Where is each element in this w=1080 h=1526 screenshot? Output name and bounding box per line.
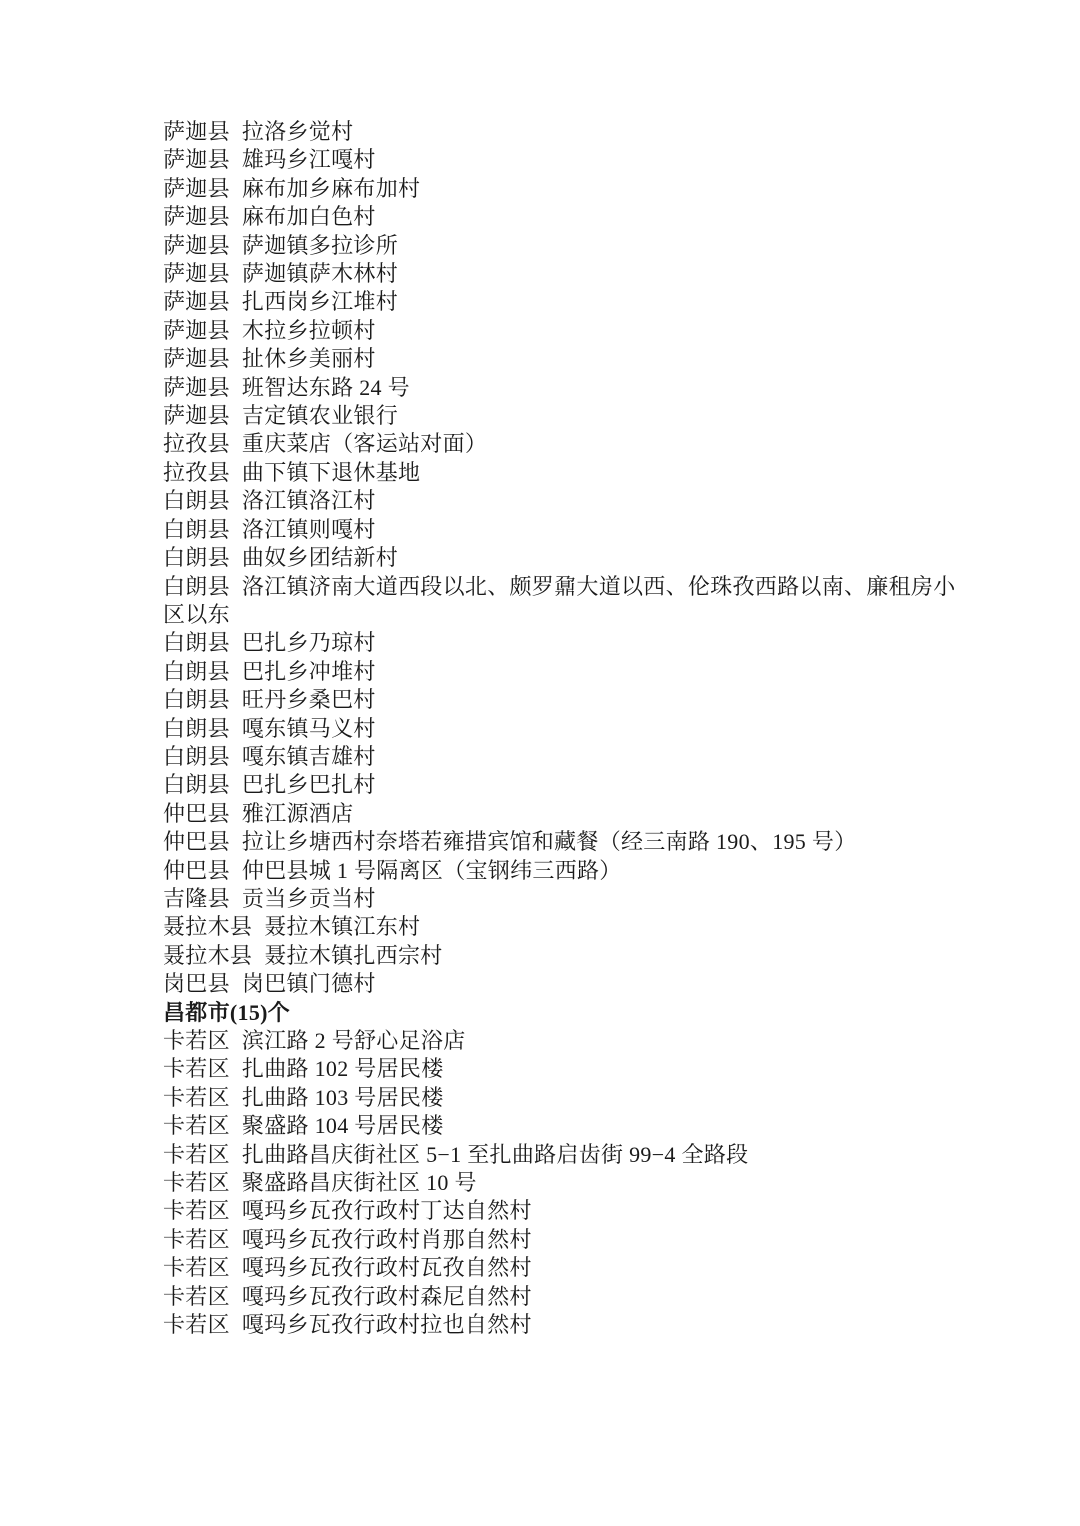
location-text: 扎曲路昌庆街社区 5−1 至扎曲路启齿街 99−4 全路段 (242, 1142, 749, 1167)
location-text: 麻布加乡麻布加村 (242, 176, 420, 201)
list-item: 岗巴县岗巴镇门德村 (163, 970, 975, 998)
list-item: 萨迦县麻布加白色村 (163, 203, 975, 231)
list-item: 白朗县曲奴乡团结新村 (163, 544, 975, 572)
location-text: 洛江镇济南大道西段以北、颇罗鼐大道以西、伦珠孜西路以南、廉租房小区以东 (163, 574, 956, 627)
list-item: 仲巴县拉让乡塘西村奈塔若雍措宾馆和藏餐（经三南路 190、195 号） (163, 828, 975, 856)
location-text: 拉洛乡觉村 (242, 119, 354, 144)
list-item: 卡若区扎曲路 102 号居民楼 (163, 1055, 975, 1083)
region-label: 萨迦县 (163, 289, 230, 314)
region-label: 卡若区 (163, 1056, 230, 1081)
region-label: 卡若区 (163, 1085, 230, 1110)
region-label: 白朗县 (163, 574, 230, 599)
region-label: 聂拉木县 (163, 943, 252, 968)
region-label: 仲巴县 (163, 829, 230, 854)
location-text: 嘎玛乡瓦孜行政村拉也自然村 (242, 1312, 532, 1337)
region-label: 白朗县 (163, 545, 230, 570)
location-text: 嘎玛乡瓦孜行政村森尼自然村 (242, 1284, 532, 1309)
region-label: 岗巴县 (163, 971, 230, 996)
location-text: 仲巴县城 1 号隔离区（宝钢纬三西路） (242, 858, 622, 883)
region-label: 白朗县 (163, 687, 230, 712)
region-label: 白朗县 (163, 716, 230, 741)
region-label: 萨迦县 (163, 176, 230, 201)
region-label: 白朗县 (163, 772, 230, 797)
list-item: 卡若区聚盛路 104 号居民楼 (163, 1112, 975, 1140)
list-item: 萨迦县萨迦镇萨木林村 (163, 260, 975, 288)
list-item: 萨迦县木拉乡拉顿村 (163, 317, 975, 345)
location-text: 扎曲路 102 号居民楼 (242, 1056, 444, 1081)
location-text: 嘎玛乡瓦孜行政村肖那自然村 (242, 1227, 532, 1252)
list-item: 吉隆县贡当乡贡当村 (163, 885, 975, 913)
document-page: 萨迦县拉洛乡觉村萨迦县雄玛乡江嘎村萨迦县麻布加乡麻布加村萨迦县麻布加白色村萨迦县… (0, 0, 1080, 1526)
list-item: 萨迦县萨迦镇多拉诊所 (163, 232, 975, 260)
region-label: 聂拉木县 (163, 914, 252, 939)
region-label: 卡若区 (163, 1284, 230, 1309)
region-label: 拉孜县 (163, 431, 230, 456)
list-item: 仲巴县雅江源酒店 (163, 800, 975, 828)
location-text: 雅江源酒店 (242, 801, 354, 826)
region-label: 卡若区 (163, 1142, 230, 1167)
list-item: 萨迦县雄玛乡江嘎村 (163, 146, 975, 174)
region-label: 白朗县 (163, 517, 230, 542)
list-item: 白朗县旺丹乡桑巴村 (163, 686, 975, 714)
region-label: 卡若区 (163, 1198, 230, 1223)
list-item: 白朗县洛江镇洛江村 (163, 487, 975, 515)
list-item: 卡若区嘎玛乡瓦孜行政村拉也自然村 (163, 1311, 975, 1339)
region-label: 白朗县 (163, 659, 230, 684)
list-item: 白朗县洛江镇则嘎村 (163, 516, 975, 544)
location-text: 聚盛路 104 号居民楼 (242, 1113, 444, 1138)
location-text: 扯休乡美丽村 (242, 346, 376, 371)
region-label: 萨迦县 (163, 119, 230, 144)
region-label: 卡若区 (163, 1227, 230, 1252)
list-item: 萨迦县扎西岗乡江堆村 (163, 288, 975, 316)
location-text: 拉让乡塘西村奈塔若雍措宾馆和藏餐（经三南路 190、195 号） (242, 829, 857, 854)
region-label: 萨迦县 (163, 147, 230, 172)
region-label: 卡若区 (163, 1028, 230, 1053)
region-label: 拉孜县 (163, 460, 230, 485)
list-item: 萨迦县班智达东路 24 号 (163, 374, 975, 402)
location-text: 扎西岗乡江堆村 (242, 289, 398, 314)
list-item: 卡若区滨江路 2 号舒心足浴店 (163, 1027, 975, 1055)
location-text: 滨江路 2 号舒心足浴店 (242, 1028, 466, 1053)
location-text: 萨迦镇多拉诊所 (242, 233, 398, 258)
list-item: 白朗县洛江镇济南大道西段以北、颇罗鼐大道以西、伦珠孜西路以南、廉租房小区以东 (163, 573, 975, 630)
list-item: 白朗县嘎东镇马义村 (163, 715, 975, 743)
list-item: 卡若区嘎玛乡瓦孜行政村瓦孜自然村 (163, 1254, 975, 1282)
region-label: 仲巴县 (163, 801, 230, 826)
region-label: 白朗县 (163, 488, 230, 513)
list-item: 白朗县巴扎乡巴扎村 (163, 771, 975, 799)
region-label: 萨迦县 (163, 375, 230, 400)
list-item: 卡若区嘎玛乡瓦孜行政村森尼自然村 (163, 1283, 975, 1311)
location-text: 聚盛路昌庆街社区 10 号 (242, 1170, 477, 1195)
region-label: 萨迦县 (163, 346, 230, 371)
location-text: 萨迦镇萨木林村 (242, 261, 398, 286)
region-label: 萨迦县 (163, 204, 230, 229)
location-text: 贡当乡贡当村 (242, 886, 376, 911)
list-item: 仲巴县仲巴县城 1 号隔离区（宝钢纬三西路） (163, 857, 975, 885)
list-item: 卡若区聚盛路昌庆街社区 10 号 (163, 1169, 975, 1197)
list-item: 聂拉木县聂拉木镇江东村 (163, 913, 975, 941)
region-label: 白朗县 (163, 630, 230, 655)
location-text: 扎曲路 103 号居民楼 (242, 1085, 444, 1110)
location-text: 曲下镇下退休基地 (242, 460, 420, 485)
list-item: 白朗县巴扎乡冲堆村 (163, 658, 975, 686)
location-text: 巴扎乡巴扎村 (242, 772, 376, 797)
location-text: 岗巴镇门德村 (242, 971, 376, 996)
location-text: 洛江镇则嘎村 (242, 517, 376, 542)
location-list: 萨迦县拉洛乡觉村萨迦县雄玛乡江嘎村萨迦县麻布加乡麻布加村萨迦县麻布加白色村萨迦县… (163, 118, 975, 1339)
list-item: 卡若区扎曲路 103 号居民楼 (163, 1084, 975, 1112)
region-label: 吉隆县 (163, 886, 230, 911)
region-label: 萨迦县 (163, 318, 230, 343)
region-label: 卡若区 (163, 1170, 230, 1195)
location-text: 巴扎乡乃琼村 (242, 630, 376, 655)
region-label: 卡若区 (163, 1113, 230, 1138)
location-text: 聂拉木镇江东村 (264, 914, 420, 939)
location-text: 嘎东镇马义村 (242, 716, 376, 741)
location-text: 重庆菜店（客运站对面） (242, 431, 487, 456)
list-item: 卡若区扎曲路昌庆街社区 5−1 至扎曲路启齿街 99−4 全路段 (163, 1141, 975, 1169)
location-text: 巴扎乡冲堆村 (242, 659, 376, 684)
location-text: 嘎玛乡瓦孜行政村瓦孜自然村 (242, 1255, 532, 1280)
region-label: 卡若区 (163, 1255, 230, 1280)
list-item: 拉孜县重庆菜店（客运站对面） (163, 430, 975, 458)
list-item: 拉孜县曲下镇下退休基地 (163, 459, 975, 487)
location-text: 嘎东镇吉雄村 (242, 744, 376, 769)
list-item: 白朗县巴扎乡乃琼村 (163, 629, 975, 657)
location-text: 麻布加白色村 (242, 204, 376, 229)
list-item: 萨迦县拉洛乡觉村 (163, 118, 975, 146)
region-label: 卡若区 (163, 1312, 230, 1337)
list-item: 白朗县嘎东镇吉雄村 (163, 743, 975, 771)
location-text: 嘎玛乡瓦孜行政村丁达自然村 (242, 1198, 532, 1223)
list-item: 聂拉木县聂拉木镇扎西宗村 (163, 942, 975, 970)
list-item: 萨迦县扯休乡美丽村 (163, 345, 975, 373)
region-label: 萨迦县 (163, 233, 230, 258)
region-label: 白朗县 (163, 744, 230, 769)
location-text: 聂拉木镇扎西宗村 (264, 943, 442, 968)
location-text: 吉定镇农业银行 (242, 403, 398, 428)
location-text: 旺丹乡桑巴村 (242, 687, 376, 712)
list-item: 卡若区嘎玛乡瓦孜行政村肖那自然村 (163, 1226, 975, 1254)
location-text: 曲奴乡团结新村 (242, 545, 398, 570)
location-text: 木拉乡拉顿村 (242, 318, 376, 343)
section-heading: 昌都市(15)个 (163, 999, 975, 1027)
location-text: 雄玛乡江嘎村 (242, 147, 376, 172)
region-label: 萨迦县 (163, 403, 230, 428)
region-label: 萨迦县 (163, 261, 230, 286)
list-item: 卡若区嘎玛乡瓦孜行政村丁达自然村 (163, 1197, 975, 1225)
location-text: 班智达东路 24 号 (242, 375, 410, 400)
list-item: 萨迦县吉定镇农业银行 (163, 402, 975, 430)
list-item: 萨迦县麻布加乡麻布加村 (163, 175, 975, 203)
location-text: 洛江镇洛江村 (242, 488, 376, 513)
region-label: 仲巴县 (163, 858, 230, 883)
